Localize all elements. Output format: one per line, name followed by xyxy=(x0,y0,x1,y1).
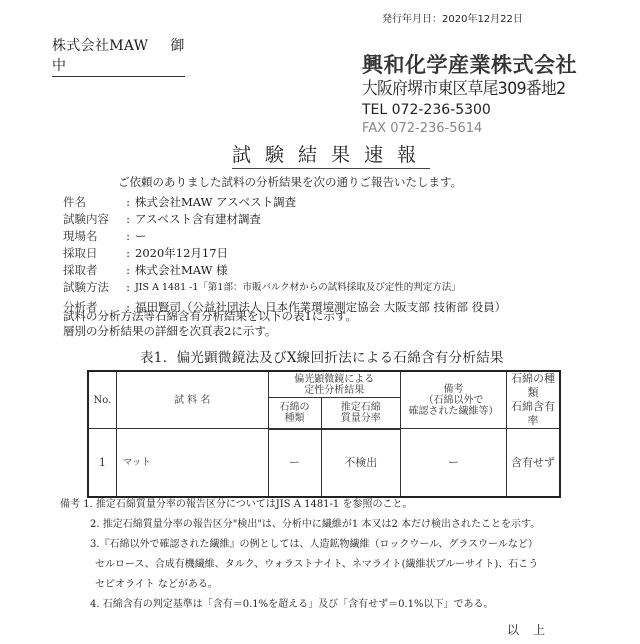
field-value: JIS A 1481 -1「第1部：市販バルク材からの試料採取及び定性的判定方法… xyxy=(135,279,461,296)
colon: : xyxy=(121,245,135,262)
closing-mark: 以上 xyxy=(507,621,559,638)
header-result-line1: 石綿の種類 xyxy=(507,372,559,400)
summary-lines: 試料の分析方法等石綿含有分析結果を以下の表1に示す。 層別の分析結果の詳細を次頁… xyxy=(63,309,357,339)
cell-sample-name: マット xyxy=(116,429,268,497)
cell-asbestos-type: ー xyxy=(268,429,321,497)
summary-line: 層別の分析結果の詳細を次頁表2に示す。 xyxy=(63,324,357,339)
note-text: 2. 推定石綿質量分率の報告区分"検出"は、分析中に繊維が1 本又は2 本だけ検… xyxy=(90,519,540,530)
document-title: 試験結果速報 xyxy=(232,140,430,169)
header-mass-fraction-line2: 質量分率 xyxy=(322,413,400,424)
note-text: セピオライト などがある。 xyxy=(95,579,218,590)
field-value: 株式会社MAW アスベスト調査 xyxy=(135,194,296,211)
field-subject: 件名:株式会社MAW アスベスト調査 xyxy=(63,194,506,211)
field-value: ー xyxy=(135,228,147,245)
header-plm-group: 偏光顕微鏡による 定性分析結果 xyxy=(268,371,400,398)
issuer-company-name: 興和化学産業株式会社 xyxy=(362,52,583,78)
note-text: 1. 推定石綿質量分率の報告区分についてはJIS A 1481-1 を参照のこと… xyxy=(83,499,412,510)
issuer-address: 大阪府堺市東区草尾309番地2 xyxy=(362,78,566,100)
issuer-block: 興和化学産業株式会社 大阪府堺市東区草尾309番地2 TEL 072-236-5… xyxy=(362,52,583,138)
intro-text: ご依頼のありました試料の分析結果を次の通りご報告いたします。 xyxy=(118,174,462,190)
header-remarks-line1: 備考 xyxy=(401,384,506,395)
cell-no: 1 xyxy=(88,429,116,497)
issuer-tel: TEL 072-236-5300 xyxy=(362,100,583,120)
field-label: 試験内容 xyxy=(63,211,121,228)
notes-section: 備考 1. 推定石綿質量分率の報告区分についてはJIS A 1481-1 を参照… xyxy=(60,495,540,615)
field-site-name: 現場名:ー xyxy=(63,228,506,245)
addressee: 株式会社MAW御中 xyxy=(52,35,185,77)
table-caption: 表1．偏光顕微鏡法及びX線回折法による石綿含有分析結果 xyxy=(140,346,504,366)
header-plm-line2: 定性分析結果 xyxy=(269,385,400,396)
colon: : xyxy=(121,262,135,279)
note-text: 3.『石綿以外で確認された繊維』の例としては、人造鉱物繊維（ロックウール、グラス… xyxy=(90,539,538,550)
note-item-2: 2. 推定石綿質量分率の報告区分"検出"は、分析中に繊維が1 本又は2 本だけ検… xyxy=(60,515,540,535)
header-sample-name: 試 料 名 xyxy=(116,371,268,429)
field-label: 採取者 xyxy=(63,262,121,279)
note-text: セルロース、合成有機繊維、タルク、ウォラストナイト、ネマライト(繊維状ブルーサイ… xyxy=(95,559,538,570)
results-table: No. 試 料 名 偏光顕微鏡による 定性分析結果 備考 （石綿以外で 確認され… xyxy=(87,370,561,498)
field-value: 株式会社MAW 様 xyxy=(135,262,228,279)
colon: : xyxy=(121,211,135,228)
issue-date: 発行年月日：2020年12月22日 xyxy=(382,10,523,25)
cell-result: 含有せず xyxy=(506,429,560,497)
summary-line: 試料の分析方法等石綿含有分析結果を以下の表1に示す。 xyxy=(63,309,357,324)
note-item-3-cont2: セピオライト などがある。 xyxy=(60,575,540,595)
note-item-1: 備考 1. 推定石綿質量分率の報告区分についてはJIS A 1481-1 を参照… xyxy=(60,495,540,515)
field-value: 2020年12月17日 xyxy=(135,245,228,262)
cell-remarks: ー xyxy=(400,429,506,497)
header-asbestos-type: 石綿の 種類 xyxy=(268,398,321,429)
issuer-fax: FAX 072-236-5614 xyxy=(362,120,583,138)
header-plm-line1: 偏光顕微鏡による xyxy=(269,374,400,385)
header-mass-fraction-line1: 推定石綿 xyxy=(322,402,400,413)
addressee-company: 株式会社MAW xyxy=(52,38,148,54)
note-item-4: 4. 石綿含有の判定基準は「含有＝0.1%を超える」及び「含有せず＝0.1%以下… xyxy=(60,595,540,615)
note-item-3-cont: セルロース、合成有機繊維、タルク、ウォラストナイト、ネマライト(繊維状ブルーサイ… xyxy=(60,555,540,575)
header-mass-fraction: 推定石綿 質量分率 xyxy=(321,398,400,429)
header-result-line2: 石綿含有率 xyxy=(507,400,559,428)
colon: : xyxy=(121,194,135,211)
table-row: 1 マット ー 不検出 ー 含有せず xyxy=(88,429,560,497)
header-asbestos-type-line2: 種類 xyxy=(269,413,321,424)
colon: : xyxy=(121,279,135,296)
field-label: 試験方法 xyxy=(63,279,121,296)
header-remarks-line2: （石綿以外で xyxy=(401,395,506,406)
field-test-content: 試験内容:アスベスト含有建材調査 xyxy=(63,211,506,228)
header-remarks-line3: 確認された繊維等） xyxy=(401,406,506,417)
note-item-3: 3.『石綿以外で確認された繊維』の例としては、人造鉱物繊維（ロックウール、グラス… xyxy=(60,535,540,555)
cell-mass-fraction: 不検出 xyxy=(321,429,400,497)
field-label: 現場名 xyxy=(63,228,121,245)
field-label: 採取日 xyxy=(63,245,121,262)
note-text: 4. 石綿含有の判定基準は「含有＝0.1%を超える」及び「含有せず＝0.1%以下… xyxy=(90,599,494,610)
header-no: No. xyxy=(88,371,116,429)
field-sampler: 採取者:株式会社MAW 様 xyxy=(63,262,506,279)
header-result: 石綿の種類 石綿含有率 xyxy=(506,371,560,429)
colon: : xyxy=(121,228,135,245)
field-label: 件名 xyxy=(63,194,121,211)
field-sampling-date: 採取日:2020年12月17日 xyxy=(63,245,506,262)
field-value: アスベスト含有建材調査 xyxy=(135,211,261,228)
notes-label: 備考 xyxy=(60,499,80,510)
header-remarks: 備考 （石綿以外で 確認された繊維等） xyxy=(400,371,506,429)
field-test-method: 試験方法:JIS A 1481 -1「第1部：市販バルク材からの試料採取及び定性… xyxy=(63,279,506,296)
report-fields: 件名:株式会社MAW アスベスト調査 試験内容:アスベスト含有建材調査 現場名:… xyxy=(63,194,506,316)
header-asbestos-type-line1: 石綿の xyxy=(269,402,321,413)
